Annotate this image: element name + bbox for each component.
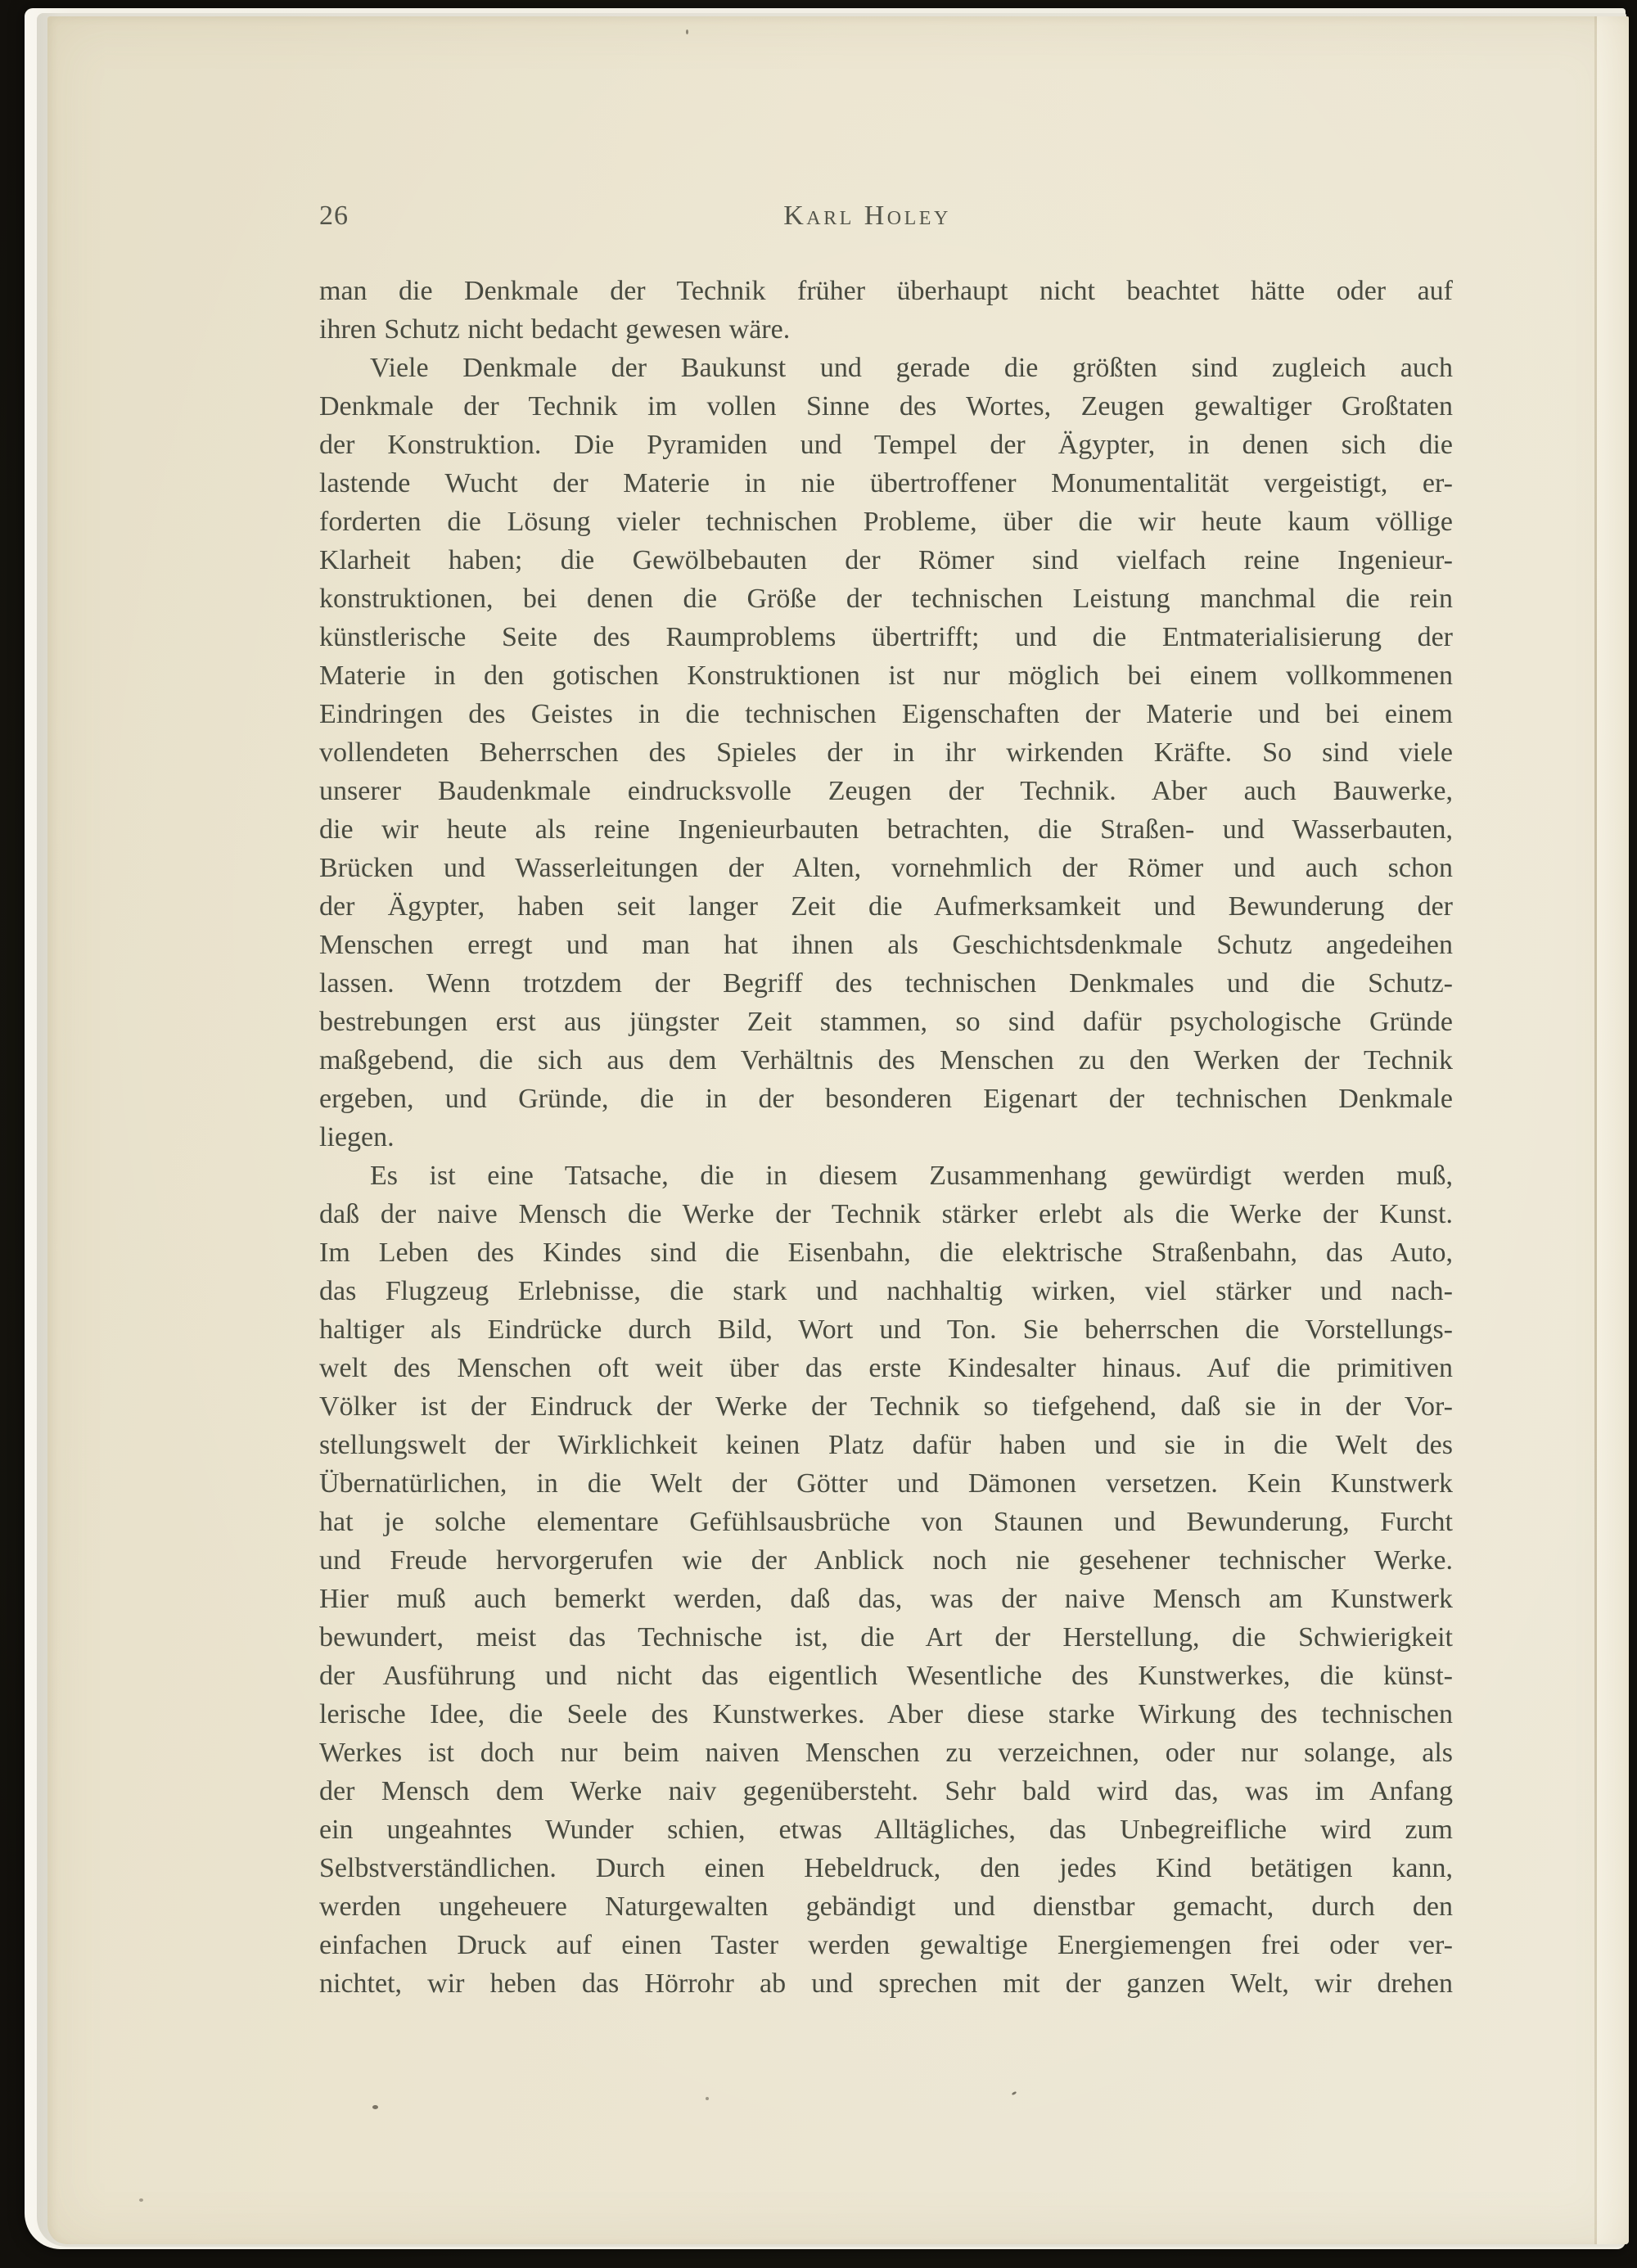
text-line: Es ist eine Tatsache, die in diesem Zusa… (319, 1157, 1453, 1195)
paper-speck (706, 2097, 709, 2100)
text-line: Eindringen des Geistes in die technische… (319, 695, 1453, 733)
text-line: welt des Menschen oft weit über das erst… (319, 1349, 1453, 1387)
text-line: bestrebungen erst aus jüngster Zeit stam… (319, 1003, 1453, 1041)
running-head: Karl Holey (319, 200, 1415, 232)
text-line: vollendeten Beherrschen des Spieles der … (319, 733, 1453, 772)
text-line: haltiger als Eindrücke durch Bild, Wort … (319, 1310, 1453, 1349)
text-line: man die Denkmale der Technik früher über… (319, 272, 1453, 310)
text-line: künstlerische Seite des Raumproblems übe… (319, 618, 1453, 656)
text-line: der Konstruktion. Die Pyramiden und Temp… (319, 426, 1453, 464)
text-line: Viele Denkmale der Baukunst und gerade d… (319, 349, 1453, 387)
text-line: und Freude hervorgerufen wie der Anblick… (319, 1541, 1453, 1580)
text-line: ihren Schutz nicht bedacht gewesen wäre. (319, 310, 1453, 349)
page-header: 26 Karl Holey (319, 200, 1453, 232)
text-line: konstruktionen, bei denen die Größe der … (319, 579, 1453, 618)
text-line: daß der naive Mensch die Werke der Techn… (319, 1195, 1453, 1233)
text-line: hat je solche elementare Gefühlsausbrüch… (319, 1503, 1453, 1541)
text-line: Werkes ist doch nur beim naiven Menschen… (319, 1734, 1453, 1772)
text-line: Klarheit haben; die Gewölbebauten der Rö… (319, 541, 1453, 579)
text-line: ergeben, und Gründe, die in der besonder… (319, 1080, 1453, 1118)
text-line: Selbstverständlichen. Durch einen Hebeld… (319, 1849, 1453, 1887)
text-line: lassen. Wenn trotzdem der Begriff des te… (319, 964, 1453, 1003)
text-line: forderten die Lösung vieler technischen … (319, 503, 1453, 541)
next-page-edge (1597, 16, 1629, 2244)
text-line: der Mensch dem Werke naiv gegenübersteht… (319, 1772, 1453, 1810)
text-line: das Flugzeug Erlebnisse, die stark und n… (319, 1272, 1453, 1310)
text-line: Materie in den gotischen Konstruktionen … (319, 656, 1453, 695)
text-line: nichtet, wir heben das Hörrohr ab und sp… (319, 1964, 1453, 2003)
body-text: man die Denkmale der Technik früher über… (319, 272, 1453, 2003)
text-line: bewundert, meist das Technische ist, die… (319, 1618, 1453, 1657)
paper-speck (139, 2198, 143, 2202)
text-line: Brücken und Wasserleitungen der Alten, v… (319, 849, 1453, 887)
paper-speck (686, 29, 688, 34)
text-line: werden ungeheuere Naturgewalten gebändig… (319, 1887, 1453, 1926)
scanned-book-photo: { "page": { "number": "26", "running_hea… (0, 0, 1637, 2268)
text-line: der Ausführung und nicht das eigentlich … (319, 1657, 1453, 1695)
text-line: Im Leben des Kindes sind die Eisenbahn, … (319, 1233, 1453, 1272)
text-line: liegen. (319, 1118, 1453, 1157)
text-line: Völker ist der Eindruck der Werke der Te… (319, 1387, 1453, 1426)
paper-speck (1012, 2091, 1017, 2096)
text-line: der Ägypter, haben seit langer Zeit die … (319, 887, 1453, 926)
text-line: Denkmale der Technik im vollen Sinne des… (319, 387, 1453, 426)
text-line: lastende Wucht der Materie in nie übertr… (319, 464, 1453, 503)
text-line: Übernatürlichen, in die Welt der Götter … (319, 1464, 1453, 1503)
text-line: einfachen Druck auf einen Taster werden … (319, 1926, 1453, 1964)
text-line: die wir heute als reine Ingenieurbauten … (319, 810, 1453, 849)
text-line: lerische Idee, die Seele des Kunstwerkes… (319, 1695, 1453, 1734)
text-line: Menschen erregt und man hat ihnen als Ge… (319, 926, 1453, 964)
paper-speck (372, 2105, 378, 2109)
text-line: stellungswelt der Wirklichkeit keinen Pl… (319, 1426, 1453, 1464)
text-line: ein ungeahntes Wunder schien, etwas Allt… (319, 1810, 1453, 1849)
book-page: 26 Karl Holey man die Denkmale der Techn… (47, 16, 1629, 2244)
text-line: maßgebend, die sich aus dem Verhältnis d… (319, 1041, 1453, 1080)
text-line: Hier muß auch bemerkt werden, daß das, w… (319, 1580, 1453, 1618)
text-line: unserer Baudenkmale eindrucksvolle Zeuge… (319, 772, 1453, 810)
